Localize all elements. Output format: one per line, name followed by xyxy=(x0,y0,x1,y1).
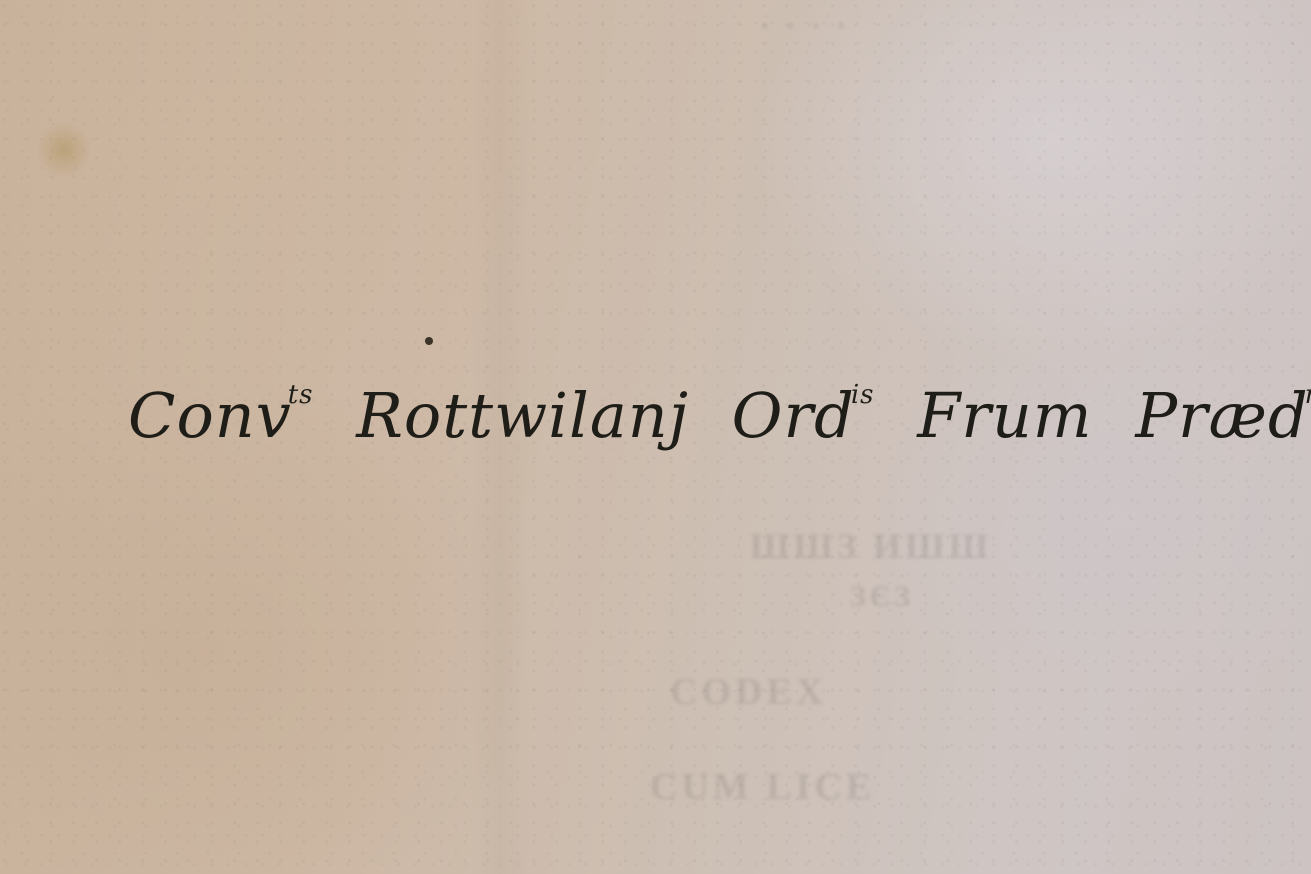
show-through-print: ЗЄЗ xyxy=(850,580,914,614)
inscription-word: Ordis xyxy=(732,379,875,452)
inscription-word: Frum xyxy=(917,379,1092,452)
show-through-print: CUM LICE xyxy=(650,765,875,809)
inscription-word: Convts xyxy=(128,379,314,452)
ownership-inscription: Convts Rottwilanj Ordis Frum Prædrum xyxy=(128,352,1128,502)
paper-stain xyxy=(38,118,90,182)
inscription-line: Convts Rottwilanj Ordis Frum Prædrum xyxy=(128,382,1311,447)
show-through-print: CODEX xyxy=(670,670,827,714)
inscription-word: Prædrum xyxy=(1135,379,1311,452)
ink-dot xyxy=(425,337,433,345)
inscription-word: Rottwilanj xyxy=(356,379,689,452)
paper-page: · · · · ШШЗ ИШШ ЗЄЗ CODEX CUM LICE Convt… xyxy=(0,0,1311,874)
show-through-print: · · · · xyxy=(760,10,851,44)
show-through-print: ШШЗ ИШШ xyxy=(750,525,992,567)
